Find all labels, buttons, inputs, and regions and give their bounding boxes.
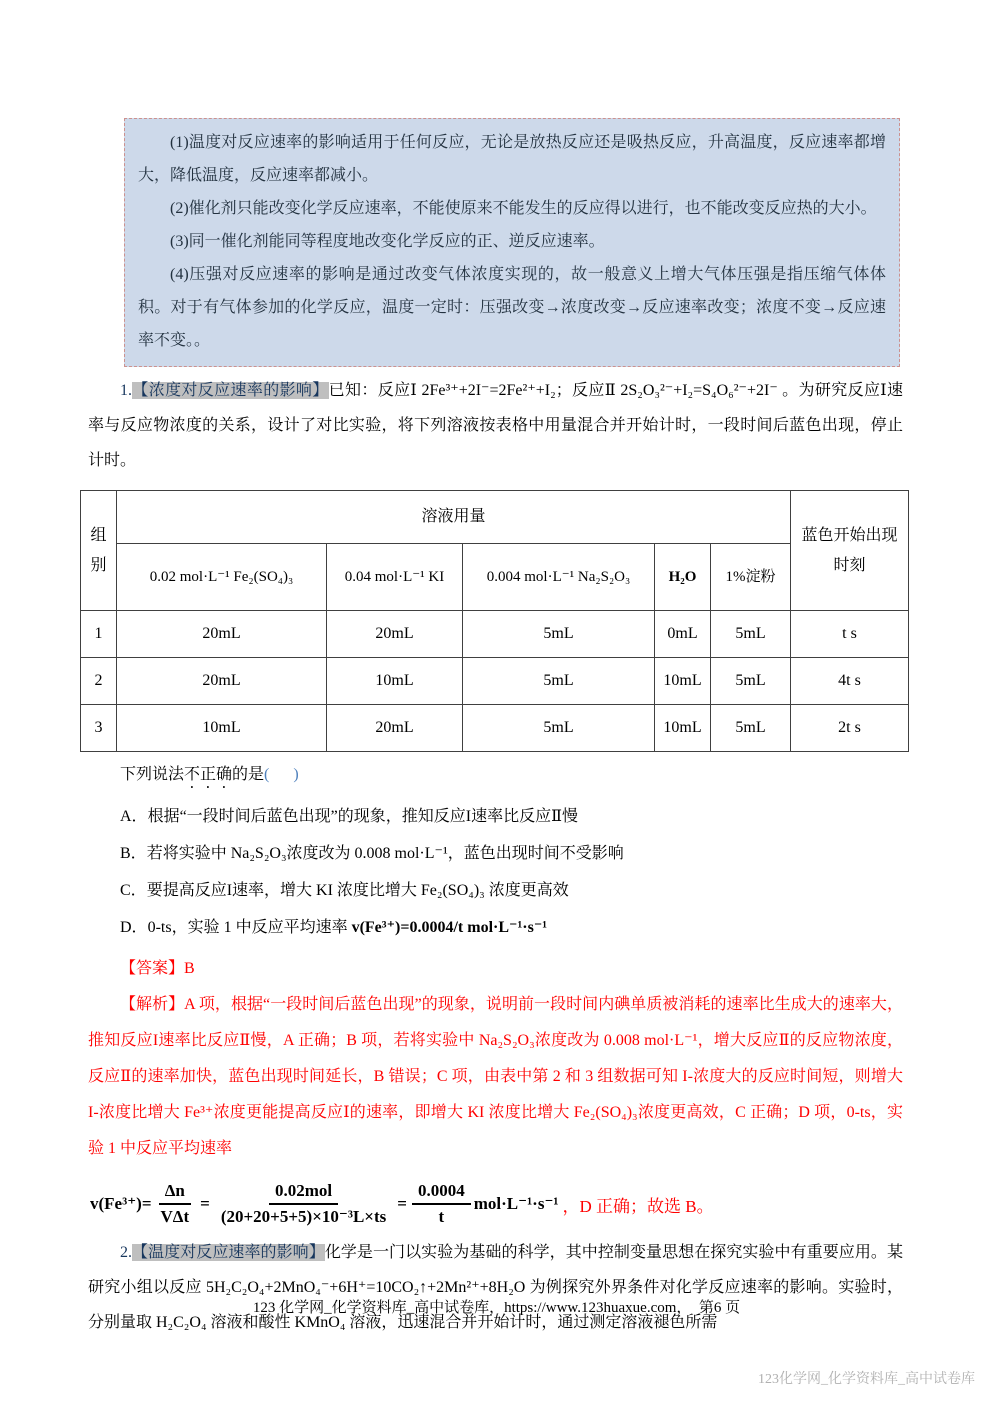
table-cell: 20mL xyxy=(327,705,463,752)
stem-emphasized: 不正确 xyxy=(184,766,232,783)
answer-value: B xyxy=(184,960,195,977)
table-cell: 2 xyxy=(81,658,117,705)
table-cell: 20mL xyxy=(117,658,327,705)
fraction-1-numerator: Δn xyxy=(159,1179,191,1205)
table-cell: 10mL xyxy=(117,705,327,752)
table-cell: 2t s xyxy=(791,705,909,752)
table-cell: 5mL xyxy=(463,658,655,705)
question-1-tag: 【浓度对反应速率的影响】 xyxy=(132,382,329,399)
table-cell: 5mL xyxy=(463,611,655,658)
table-cell: t s xyxy=(791,611,909,658)
formula-fraction-1: Δn VΔt xyxy=(155,1179,196,1229)
answer-label: 【答案】 xyxy=(120,960,184,977)
fraction-3-numerator: 0.0004 xyxy=(412,1179,471,1205)
note-item-2: (2)催化剂只能改变化学反应速率，不能使原来不能发生的反应得以进行，也不能改变反… xyxy=(138,192,886,225)
stem-prefix: 下列说法 xyxy=(120,766,184,783)
option-c: C．要提高反应I速率，增大 KI 浓度比增大 Fe₂(SO₄)₃ 浓度更高效 xyxy=(120,879,903,903)
table-cell: 20mL xyxy=(117,611,327,658)
fraction-1-denominator: VΔt xyxy=(155,1205,196,1229)
question-2-intro: 2.【温度对反应速率的影响】化学是一门以实验为基础的科学，其中控制变量思想在探究… xyxy=(88,1235,903,1340)
table-cell: 5mL xyxy=(711,611,791,658)
col-header-h2o: H₂O xyxy=(655,544,711,611)
option-b-label: B． xyxy=(120,845,147,862)
question-1-intro: 1.【浓度对反应速率的影响】已知：反应Ⅰ 2Fe³⁺+2I⁻=2Fe²⁺+I₂；… xyxy=(88,373,903,478)
col-header-starch: 1%淀粉 xyxy=(711,544,791,611)
stem-parens: ( ) xyxy=(264,766,299,783)
option-a: A．根据“一段时间后蓝色出现”的现象，推知反应I速率比反应Ⅱ慢 xyxy=(120,805,903,829)
note-item-3: (3)同一催化剂能同等程度地改变化学反应的正、逆反应速率。 xyxy=(138,225,886,258)
analysis-label: 【解析】 xyxy=(120,996,184,1013)
analysis-paragraph: 【解析】A 项，根据“一段时间后蓝色出现”的现象，说明前一段时间内碘单质被消耗的… xyxy=(88,987,903,1167)
answer-line: 【答案】B xyxy=(120,955,903,978)
table-cell: 20mL xyxy=(327,611,463,658)
table-row-1: 1 20mL 20mL 5mL 0mL 5mL t s xyxy=(81,611,909,658)
formula-lhs: v(Fe³⁺)= xyxy=(90,1194,152,1214)
table-cell: 3 xyxy=(81,705,117,752)
page-footer: 123 化学网_化学资料库_高中试卷库，https://www.123huaxu… xyxy=(0,1296,993,1317)
col-header-solution-amount: 溶液用量 xyxy=(117,491,791,544)
col-header-group: 组别 xyxy=(81,491,117,611)
table-cell: 1 xyxy=(81,611,117,658)
table-cell: 10mL xyxy=(655,658,711,705)
question-2-number: 2. xyxy=(120,1244,132,1261)
note-item-4: (4)压强对反应速率的影响是通过改变气体浓度实现的，故一般意义上增大气体压强是指… xyxy=(138,258,886,357)
table-row-3: 3 10mL 20mL 5mL 10mL 5mL 2t s xyxy=(81,705,909,752)
question-1-number: 1. xyxy=(120,382,132,399)
stem-suffix: 的是 xyxy=(232,766,264,783)
note-item-1: (1)温度对反应速率的影响适用于任何反应，无论是放热反应还是吸热反应，升高温度，… xyxy=(138,126,886,192)
table-cell: 5mL xyxy=(711,705,791,752)
option-d-text: 0-ts，实验 1 中反应平均速率 xyxy=(148,919,352,936)
option-c-text: 要提高反应I速率，增大 KI 浓度比增大 Fe₂(SO₄)₃ 浓度更高效 xyxy=(147,882,569,899)
option-d-label: D． xyxy=(120,919,148,936)
option-c-label: C． xyxy=(120,882,147,899)
col-header-fe2so43: 0.02 mol·L⁻¹ Fe₂(SO₄)₃ xyxy=(117,544,327,611)
table-cell: 5mL xyxy=(463,705,655,752)
formula-fraction-3: 0.0004 t xyxy=(412,1179,471,1229)
col-header-ki: 0.04 mol·L⁻¹ KI xyxy=(327,544,463,611)
site-watermark: 123化学网_化学资料库_高中试卷库 xyxy=(758,1368,975,1388)
option-d: D．0-ts，实验 1 中反应平均速率 v(Fe³⁺)=0.0004/t mol… xyxy=(120,916,903,940)
col-header-na2s2o3: 0.004 mol·L⁻¹ Na₂S₂O₃ xyxy=(463,544,655,611)
key-points-box: (1)温度对反应速率的影响适用于任何反应，无论是放热反应还是吸热反应，升高温度，… xyxy=(124,118,900,367)
option-a-text: 根据“一段时间后蓝色出现”的现象，推知反应I速率比反应Ⅱ慢 xyxy=(148,808,578,825)
formula-unit: mol·L⁻¹·s⁻¹ xyxy=(474,1194,559,1214)
formula-fraction-2: 0.02mol (20+20+5+5)×10⁻³L×ts xyxy=(215,1179,392,1229)
question-1-stem: 下列说法不正确的是( ) xyxy=(88,762,903,792)
fraction-3-denominator: t xyxy=(432,1205,450,1229)
formula-equals-2: = xyxy=(397,1194,407,1214)
question-2-tag: 【温度对反应速率的影响】 xyxy=(132,1244,325,1261)
option-b: B．若将实验中 Na₂S₂O₃浓度改为 0.008 mol·L⁻¹，蓝色出现时间… xyxy=(120,842,903,866)
analysis-text: A 项，根据“一段时间后蓝色出现”的现象，说明前一段时间内碘单质被消耗的速率比生… xyxy=(88,996,903,1157)
fraction-2-denominator: (20+20+5+5)×10⁻³L×ts xyxy=(215,1205,392,1229)
table-row-2: 2 20mL 10mL 5mL 10mL 5mL 4t s xyxy=(81,658,909,705)
table-cell: 0mL xyxy=(655,611,711,658)
option-d-formula: v(Fe³⁺)=0.0004/t mol·L⁻¹·s⁻¹ xyxy=(352,919,548,936)
rate-formula: v(Fe³⁺)= Δn VΔt = 0.02mol (20+20+5+5)×10… xyxy=(90,1179,903,1229)
table-cell: 10mL xyxy=(327,658,463,705)
document-page: (1)温度对反应速率的影响适用于任何反应，无论是放热反应还是吸热反应，升高温度，… xyxy=(0,0,993,1404)
option-a-label: A． xyxy=(120,808,148,825)
table-cell: 5mL xyxy=(711,658,791,705)
formula-conclusion: ，D 正确；故选 B。 xyxy=(563,1192,714,1217)
table-cell: 10mL xyxy=(655,705,711,752)
experiment-table: 组别 溶液用量 蓝色开始出现时刻 0.02 mol·L⁻¹ Fe₂(SO₄)₃ … xyxy=(80,490,909,752)
fraction-2-numerator: 0.02mol xyxy=(269,1179,338,1205)
option-b-text: 若将实验中 Na₂S₂O₃浓度改为 0.008 mol·L⁻¹，蓝色出现时间不受… xyxy=(147,845,624,862)
formula-equals-1: = xyxy=(200,1194,210,1214)
table-cell: 4t s xyxy=(791,658,909,705)
col-header-blue-time: 蓝色开始出现时刻 xyxy=(791,491,909,611)
